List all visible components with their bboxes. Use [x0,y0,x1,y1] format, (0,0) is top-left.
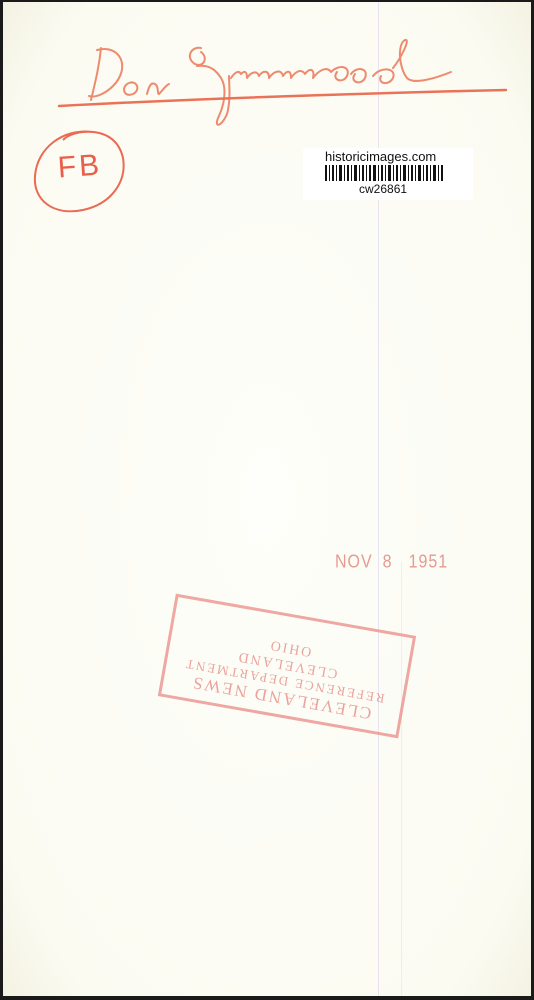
photo-back-paper: Don Greenwood FB historicimages.com cw26… [3,2,531,996]
date-day: 8 [383,553,393,573]
paper-crease [401,562,402,996]
sticker-site-name: historicimages.com [325,149,436,164]
barcode-icon [325,165,443,181]
date-month: NOV [335,553,373,573]
circled-fb-note: FB [33,126,127,216]
date-year: 1951 [409,553,449,573]
received-date-stamp: NOV81951 [335,553,448,574]
sticker-item-code: cw26861 [359,182,407,196]
